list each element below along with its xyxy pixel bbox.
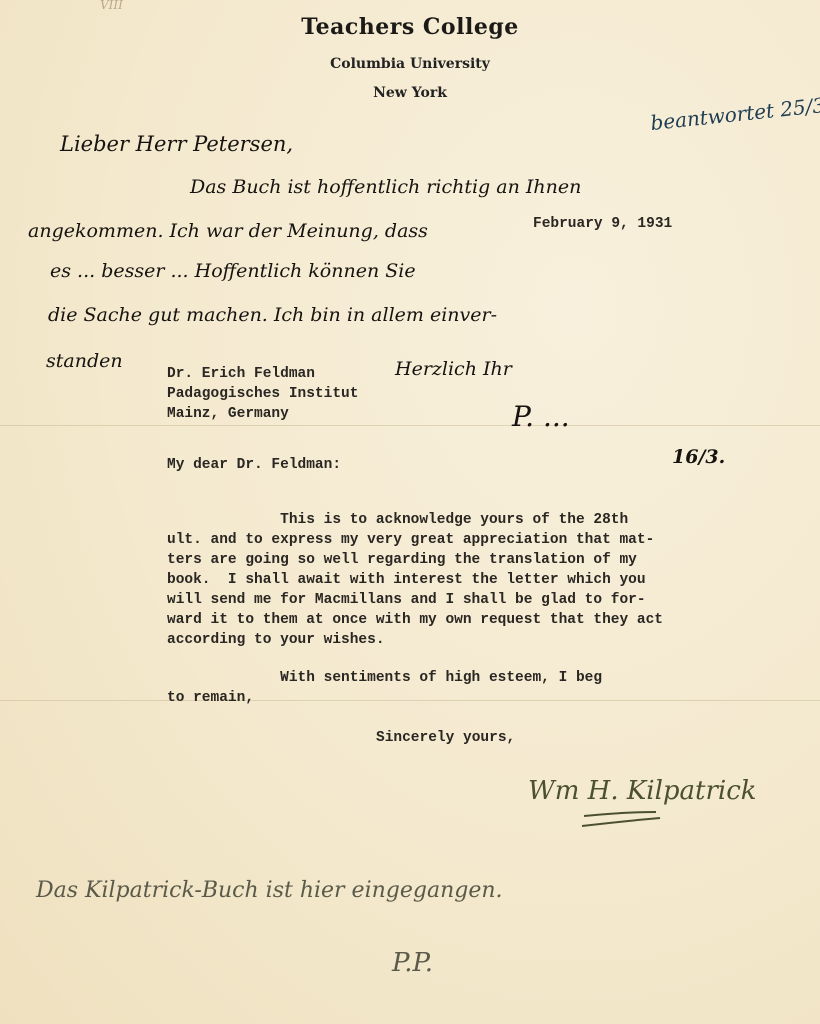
recipient-institution: Padagogisches Institut: [167, 384, 358, 404]
letter-closing: With sentiments of high esteem, I beg to…: [167, 668, 602, 708]
archive-mark: VIII: [100, 0, 123, 12]
letter-date: February 9, 1931: [533, 214, 672, 234]
body-line: This is to acknowledge yours of the 28th: [167, 510, 663, 530]
handwritten-line: angekommen. Ich war der Meinung, dass: [28, 220, 428, 242]
handwritten-closing: Herzlich Ihr: [395, 358, 512, 380]
handwritten-line: standen: [46, 350, 123, 372]
handwritten-date: 16/3.: [672, 446, 725, 468]
letter-page: VIII Teachers College Columbia Universit…: [0, 0, 820, 1024]
body-line: book. I shall await with interest the le…: [167, 570, 663, 590]
closing-line: With sentiments of high esteem, I beg: [167, 668, 602, 688]
pencil-initials: P.P.: [392, 948, 433, 978]
letterhead-university: Columbia University: [0, 56, 820, 72]
kilpatrick-signature: Wm H. Kilpatrick: [528, 776, 757, 806]
letter-salutation: My dear Dr. Feldman:: [167, 455, 341, 475]
handwritten-signature: P. ...: [512, 400, 570, 433]
letterhead-city: New York: [0, 85, 820, 101]
valediction: Sincerely yours,: [376, 728, 515, 748]
letterhead-institution: Teachers College: [0, 14, 820, 40]
closing-line: to remain,: [167, 688, 602, 708]
handwritten-line: Das Buch ist hoffentlich richtig an Ihne…: [190, 176, 581, 198]
body-line: ward it to them at once with my own requ…: [167, 610, 663, 630]
recipient-location: Mainz, Germany: [167, 404, 289, 424]
paper-fold: [0, 425, 820, 426]
handwritten-salutation: Lieber Herr Petersen,: [60, 132, 293, 156]
pencil-footer-note: Das Kilpatrick-Buch ist hier eingegangen…: [36, 878, 503, 903]
letter-body: This is to acknowledge yours of the 28th…: [167, 510, 663, 650]
body-line: ult. and to express my very great apprec…: [167, 530, 663, 550]
handwritten-line: es ... besser ... Hoffentlich können Sie: [50, 260, 416, 282]
recipient-name: Dr. Erich Feldman: [167, 364, 315, 384]
body-line: according to your wishes.: [167, 630, 663, 650]
signature-underline-icon: [580, 810, 670, 830]
body-line: ters are going so well regarding the tra…: [167, 550, 663, 570]
handwritten-line: die Sache gut machen. Ich bin in allem e…: [48, 304, 497, 326]
body-line: will send me for Macmillans and I shall …: [167, 590, 663, 610]
